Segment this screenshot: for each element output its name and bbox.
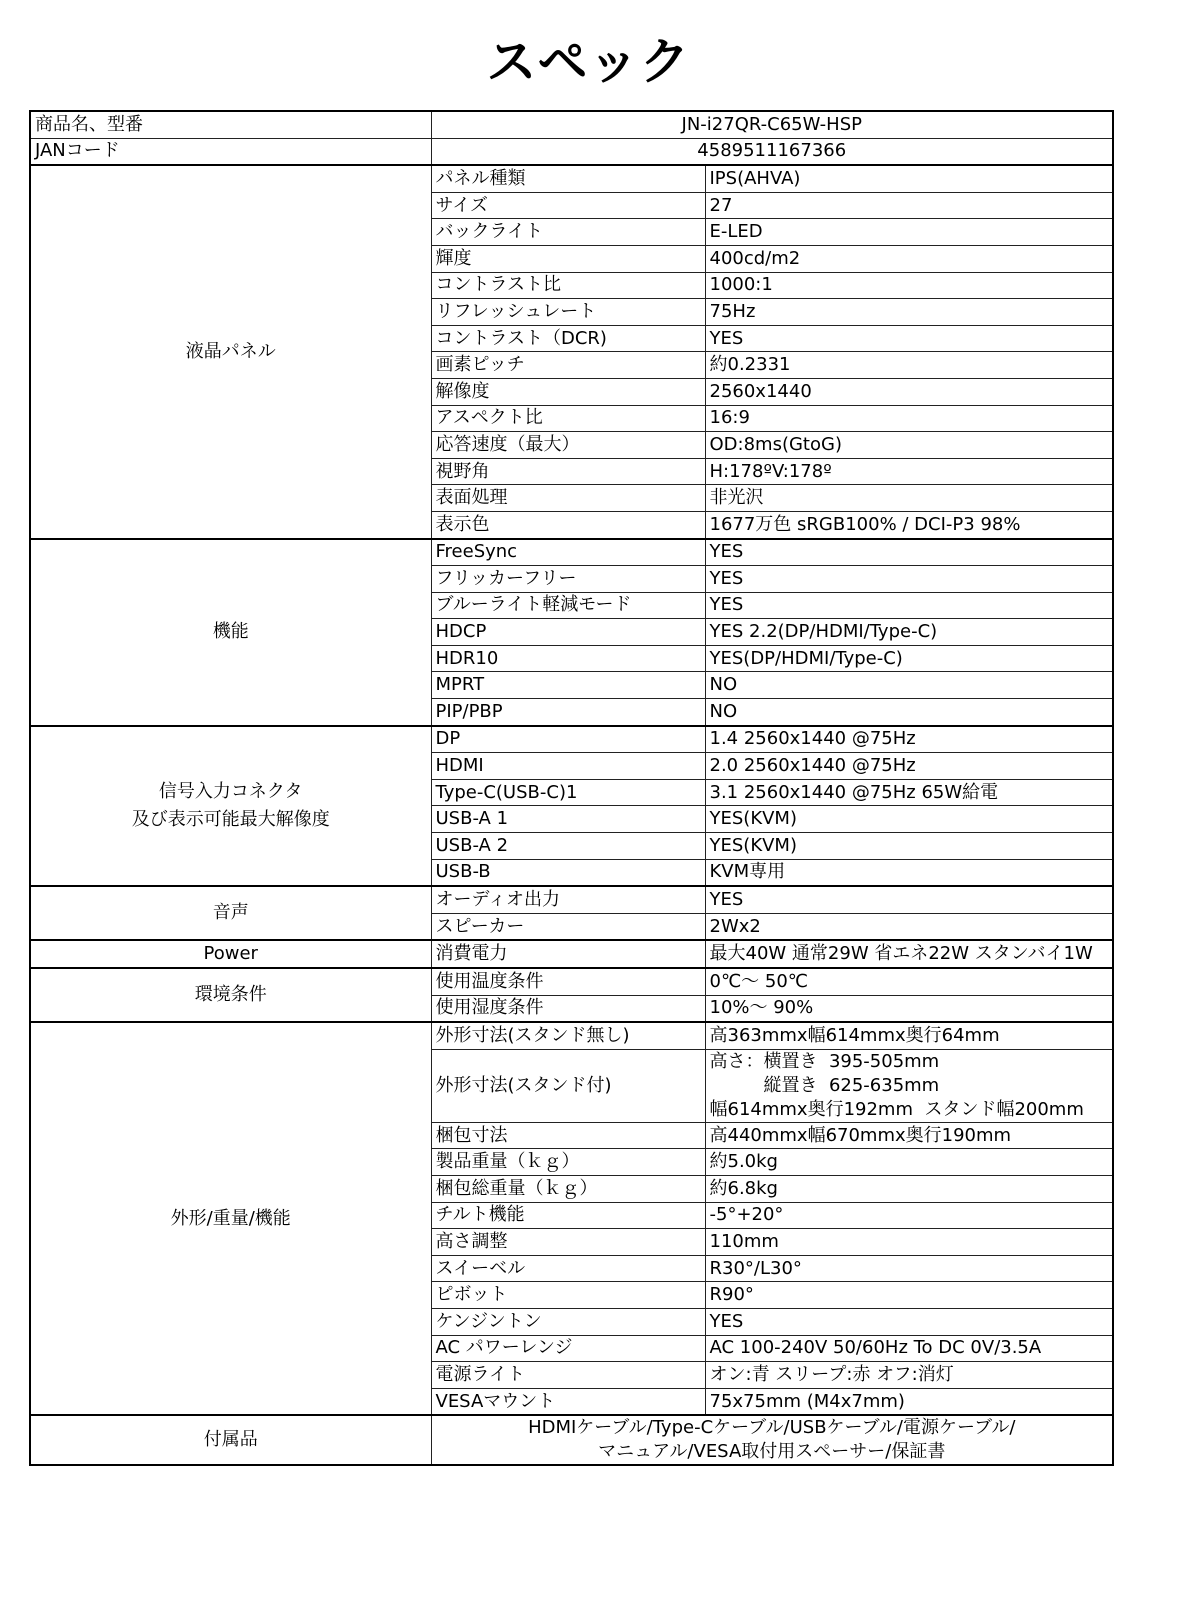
group-label: 液晶パネル bbox=[30, 165, 431, 538]
row-label: サイズ bbox=[431, 192, 705, 219]
row-value: YES 2.2(DP/HDMI/Type-C) bbox=[705, 619, 1113, 646]
row-label: Type-C(USB-C)1 bbox=[431, 779, 705, 806]
row-value: YES bbox=[705, 566, 1113, 593]
row-label: コントラスト比 bbox=[431, 272, 705, 299]
table-row: 機能FreeSyncYES bbox=[30, 539, 1113, 566]
accessories-value: HDMIケーブル/Type-Cケーブル/USBケーブル/電源ケーブル/マニュアル… bbox=[431, 1415, 1113, 1465]
row-value: YES bbox=[705, 886, 1113, 913]
row-label: HDCP bbox=[431, 619, 705, 646]
row-label: DP bbox=[431, 726, 705, 753]
table-row: Power消費電力最大40W 通常29W 省エネ22W スタンバイ1W bbox=[30, 940, 1113, 968]
row-label: スピーカー bbox=[431, 913, 705, 940]
row-value: IPS(AHVA) bbox=[705, 165, 1113, 192]
row-value: 1677万色 sRGB100% / DCI-P3 98% bbox=[705, 511, 1113, 538]
row-value: AC 100-240V 50/60Hz To DC 0V/3.5A bbox=[705, 1335, 1113, 1362]
row-label: バックライト bbox=[431, 219, 705, 246]
row-value: 75Hz bbox=[705, 299, 1113, 326]
row-value: 約0.2331 bbox=[705, 352, 1113, 379]
row-label: 外形寸法(スタンド無し) bbox=[431, 1022, 705, 1049]
row-label: フリッカーフリー bbox=[431, 566, 705, 593]
row-value: KVM専用 bbox=[705, 859, 1113, 886]
table-row: 信号入力コネクタ及び表示可能最大解像度DP1.4 2560x1440 @75Hz bbox=[30, 726, 1113, 753]
row-value: YES bbox=[705, 1308, 1113, 1335]
row-value: YES bbox=[705, 325, 1113, 352]
accessories-line: マニュアル/VESA取付用スペーサー/保証書 bbox=[436, 1440, 1109, 1464]
table-row: 液晶パネルパネル種類IPS(AHVA) bbox=[30, 165, 1113, 192]
row-label: HDMI bbox=[431, 753, 705, 780]
row-value-line: 高さ：横置き 395-505mm bbox=[710, 1050, 1109, 1074]
row-value: YES(DP/HDMI/Type-C) bbox=[705, 645, 1113, 672]
row-value: 2Wx2 bbox=[705, 913, 1113, 940]
row-label: VESAマウント bbox=[431, 1388, 705, 1415]
row-label: 商品名、型番 bbox=[30, 111, 431, 138]
row-label: チルト機能 bbox=[431, 1202, 705, 1229]
group-label: 付属品 bbox=[30, 1415, 431, 1465]
row-label: AC パワーレンジ bbox=[431, 1335, 705, 1362]
row-label: ブルーライト軽減モード bbox=[431, 592, 705, 619]
row-value: 1000:1 bbox=[705, 272, 1113, 299]
row-value-line: 幅614mmx奥行192mm スタンド幅200mm bbox=[710, 1098, 1109, 1122]
row-value: 75x75mm (M4x7mm) bbox=[705, 1388, 1113, 1415]
row-value: 約5.0kg bbox=[705, 1149, 1113, 1176]
row-value: 4589511167366 bbox=[431, 138, 1113, 165]
row-value: 高さ：横置き 395-505mm 縦置き 625-635mm幅614mmx奥行1… bbox=[705, 1049, 1113, 1122]
row-label: MPRT bbox=[431, 672, 705, 699]
group-label: 音声 bbox=[30, 886, 431, 940]
group-label: 環境条件 bbox=[30, 968, 431, 1022]
row-value: 高440mmx幅670mmx奥行190mm bbox=[705, 1122, 1113, 1149]
group-label-line: 信号入力コネクタ bbox=[35, 778, 427, 806]
row-value: R90° bbox=[705, 1282, 1113, 1309]
row-value: YES bbox=[705, 539, 1113, 566]
table-row: 外形/重量/機能外形寸法(スタンド無し)高363mmx幅614mmx奥行64mm bbox=[30, 1022, 1113, 1049]
row-label: パネル種類 bbox=[431, 165, 705, 192]
row-label: 応答速度（最大） bbox=[431, 432, 705, 459]
row-label: 使用湿度条件 bbox=[431, 995, 705, 1022]
row-value: OD:8ms(GtoG) bbox=[705, 432, 1113, 459]
row-value: 400cd/m2 bbox=[705, 245, 1113, 272]
row-value: オン:青 スリープ:赤 オフ:消灯 bbox=[705, 1362, 1113, 1389]
table-row: 音声オーディオ出力YES bbox=[30, 886, 1113, 913]
row-label: ケンジントン bbox=[431, 1308, 705, 1335]
row-value: 110mm bbox=[705, 1229, 1113, 1256]
row-value: NO bbox=[705, 672, 1113, 699]
group-label: 外形/重量/機能 bbox=[30, 1022, 431, 1415]
group-label: Power bbox=[30, 940, 431, 968]
row-label: 表示色 bbox=[431, 511, 705, 538]
row-value: YES bbox=[705, 592, 1113, 619]
accessories-line: HDMIケーブル/Type-Cケーブル/USBケーブル/電源ケーブル/ bbox=[436, 1416, 1109, 1440]
row-label: 梱包総重量（ｋｇ） bbox=[431, 1175, 705, 1202]
row-label: 表面処理 bbox=[431, 485, 705, 512]
group-label-line: 及び表示可能最大解像度 bbox=[35, 806, 427, 834]
row-label: ピボット bbox=[431, 1282, 705, 1309]
row-value: NO bbox=[705, 699, 1113, 726]
row-label: USB-B bbox=[431, 859, 705, 886]
table-row-jan: JANコード 4589511167366 bbox=[30, 138, 1113, 165]
row-label: HDR10 bbox=[431, 645, 705, 672]
row-value: H:178ºV:178º bbox=[705, 458, 1113, 485]
row-value: JN-i27QR-C65W-HSP bbox=[431, 111, 1113, 138]
row-value: 0℃～ 50℃ bbox=[705, 968, 1113, 995]
row-value: 最大40W 通常29W 省エネ22W スタンバイ1W bbox=[705, 940, 1113, 968]
table-row-model: 商品名、型番 JN-i27QR-C65W-HSP bbox=[30, 111, 1113, 138]
row-value: -5°+20° bbox=[705, 1202, 1113, 1229]
row-label: アスペクト比 bbox=[431, 405, 705, 432]
row-label: 電源ライト bbox=[431, 1362, 705, 1389]
row-value: 1.4 2560x1440 @75Hz bbox=[705, 726, 1113, 753]
row-value: YES(KVM) bbox=[705, 833, 1113, 860]
row-label: 画素ピッチ bbox=[431, 352, 705, 379]
row-label: 輝度 bbox=[431, 245, 705, 272]
row-value: R30°/L30° bbox=[705, 1255, 1113, 1282]
row-label: 外形寸法(スタンド付) bbox=[431, 1049, 705, 1122]
row-label: 使用温度条件 bbox=[431, 968, 705, 995]
row-label: オーディオ出力 bbox=[431, 886, 705, 913]
row-value: 2560x1440 bbox=[705, 378, 1113, 405]
row-label: 梱包寸法 bbox=[431, 1122, 705, 1149]
row-value: 2.0 2560x1440 @75Hz bbox=[705, 753, 1113, 780]
row-label: PIP/PBP bbox=[431, 699, 705, 726]
page-title: スペック bbox=[0, 22, 1177, 94]
row-label: スイーベル bbox=[431, 1255, 705, 1282]
row-label: 消費電力 bbox=[431, 940, 705, 968]
row-value: 非光沢 bbox=[705, 485, 1113, 512]
spec-table: 商品名、型番 JN-i27QR-C65W-HSP JANコード 45895111… bbox=[29, 110, 1114, 1466]
group-label: 信号入力コネクタ及び表示可能最大解像度 bbox=[30, 726, 431, 887]
row-label: USB-A 1 bbox=[431, 806, 705, 833]
row-value: YES(KVM) bbox=[705, 806, 1113, 833]
row-value: 約6.8kg bbox=[705, 1175, 1113, 1202]
row-value: 16:9 bbox=[705, 405, 1113, 432]
row-label: 視野角 bbox=[431, 458, 705, 485]
row-value: 10%～ 90% bbox=[705, 995, 1113, 1022]
row-label: FreeSync bbox=[431, 539, 705, 566]
table-row: 環境条件使用温度条件0℃～ 50℃ bbox=[30, 968, 1113, 995]
row-label: 高さ調整 bbox=[431, 1229, 705, 1256]
row-label: 製品重量（ｋｇ） bbox=[431, 1149, 705, 1176]
row-label: JANコード bbox=[30, 138, 431, 165]
row-value-line: 縦置き 625-635mm bbox=[710, 1074, 1109, 1098]
row-label: コントラスト（DCR) bbox=[431, 325, 705, 352]
row-value: E-LED bbox=[705, 219, 1113, 246]
group-label: 機能 bbox=[30, 539, 431, 726]
row-value: 3.1 2560x1440 @75Hz 65W給電 bbox=[705, 779, 1113, 806]
row-label: USB-A 2 bbox=[431, 833, 705, 860]
table-row-accessories: 付属品HDMIケーブル/Type-Cケーブル/USBケーブル/電源ケーブル/マニ… bbox=[30, 1415, 1113, 1465]
row-label: 解像度 bbox=[431, 378, 705, 405]
row-label: リフレッシュレート bbox=[431, 299, 705, 326]
row-value: 高363mmx幅614mmx奥行64mm bbox=[705, 1022, 1113, 1049]
row-value: 27 bbox=[705, 192, 1113, 219]
